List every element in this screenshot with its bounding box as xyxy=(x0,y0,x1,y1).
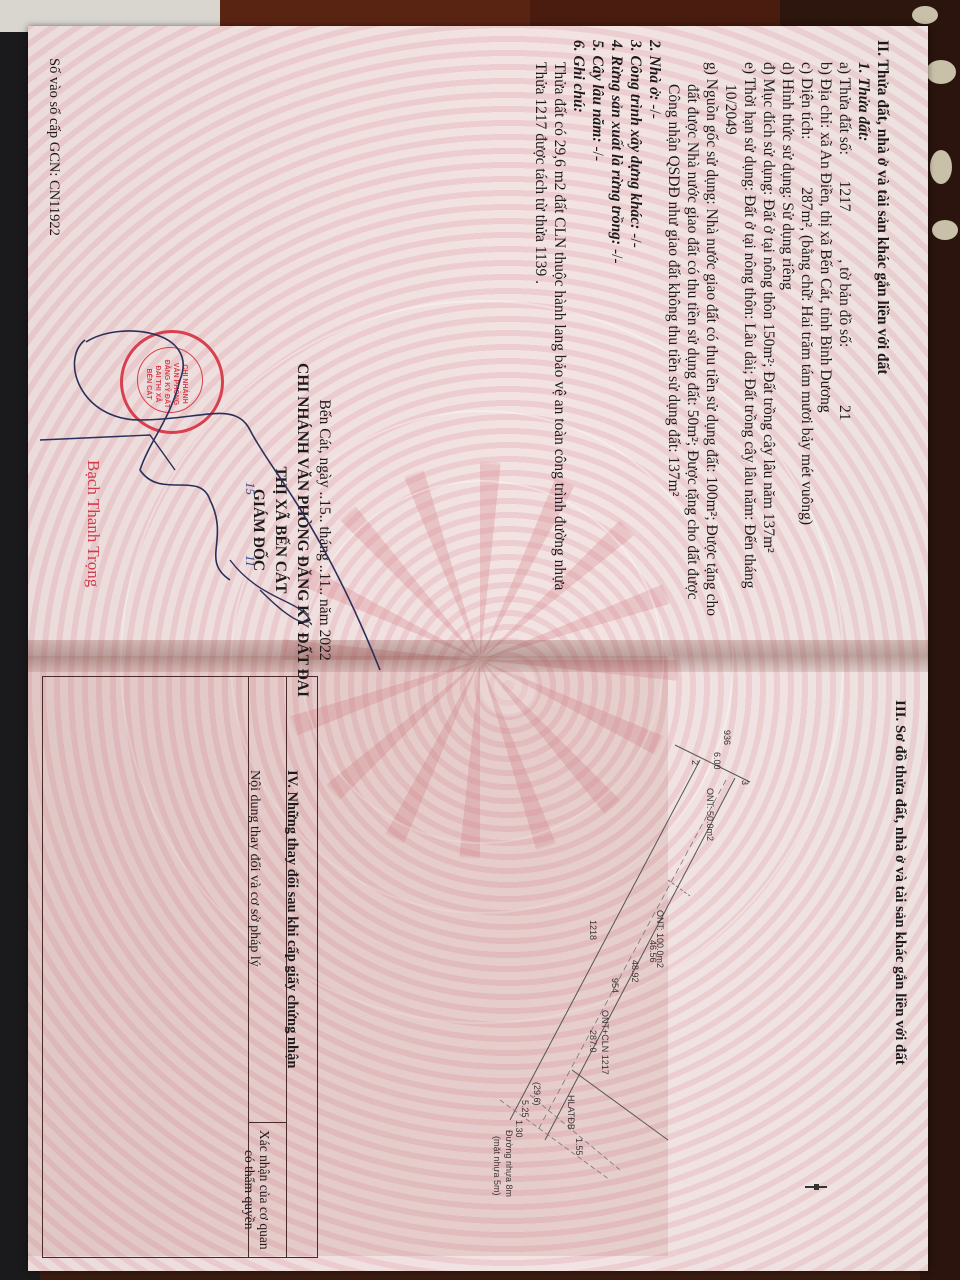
point-2: 2 xyxy=(690,760,700,765)
neighbor-954: 954 xyxy=(610,978,620,993)
address-line: b) Địa chỉ: xã An Điền, thị xã Bến Cát, … xyxy=(816,40,835,616)
use-term-cont: 10/2049 xyxy=(721,40,740,616)
map-sheet-label: , tờ bản đồ số: xyxy=(836,259,853,347)
dim-1-55: 1.55 xyxy=(574,1138,584,1156)
side-length-right: 48.92 xyxy=(630,960,640,983)
forest-line: 4. Rừng sản xuất là rừng trồng: -/- xyxy=(607,40,626,616)
road-label: Đường nhựa 8m xyxy=(504,1130,514,1197)
area-line: c) Diện tích: 287m², (bằng chữ: Hai trăm… xyxy=(797,40,816,616)
neighbor-1218: 1218 xyxy=(588,920,598,940)
section-2: II. Thửa đất, nhà ở và tài sản khác gắn … xyxy=(531,40,892,616)
use-purpose-line: đ) Mục đích sử dụng: Đất ở tại nông thôn… xyxy=(759,40,778,616)
other-construction-line: 3. Công trình xây dựng khác: -/- xyxy=(626,40,645,616)
corridor-label: HLATĐB xyxy=(566,1095,576,1130)
width-top: 6.00 xyxy=(712,752,722,770)
authority-column-header: Xác nhận của cơ quan có thẩm quyền xyxy=(242,1130,272,1250)
point-3: 3 xyxy=(740,780,750,785)
origin-line-3: Công nhận QSDĐ như giao đất không thu ti… xyxy=(664,40,683,616)
notes-label: 6. Ghi chú: xyxy=(569,40,588,616)
parcel-area: 287.0 xyxy=(588,1030,598,1053)
origin-line-1: g) Nguồn gốc sử dụng: Nhà nước giao đất … xyxy=(702,40,721,616)
origin-line-2: đất được Nhà nước giao đất có thu tiền s… xyxy=(683,40,702,616)
house-line: 2. Nhà ở: -/- xyxy=(645,40,664,616)
map-sheet-number: 21 xyxy=(836,405,853,421)
north-arrow-icon xyxy=(805,1186,827,1188)
road-sub-label: (mặt nhựa 5m) xyxy=(492,1136,502,1196)
stamp-text: CHI NHÁNH VĂN PHÒNG ĐĂNG KÝ ĐẤT ĐAI THỊ … xyxy=(144,359,189,409)
corridor-area: (29.6) xyxy=(532,1082,542,1106)
area-value: 287m², (bằng chữ: Hai trăm tám mươi bảy … xyxy=(798,187,815,525)
registration-number: Số vào sổ cấp GCN: CN11922 xyxy=(45,58,62,236)
notes-line-1: Thửa đất có 29,6 m2 đất CLN thuộc hành l… xyxy=(550,40,569,616)
dim-1-30: 1.30 xyxy=(514,1120,524,1138)
perennial-line: 5. Cây lâu năm: -/- xyxy=(588,40,607,616)
dim-5-25: 5.25 xyxy=(520,1100,530,1118)
section-3-title: III. Sơ đồ thửa đất, nhà ở và tài sản kh… xyxy=(891,700,908,1065)
parcel-drawing xyxy=(500,700,760,1180)
side-length-left: 46.56 xyxy=(648,940,658,963)
area-label: c) Diện tích: xyxy=(798,62,815,139)
section-2-title: II. Thửa đất, nhà ở và tài sản khác gắn … xyxy=(873,40,892,616)
use-form-line: d) Hình thức sử dụng: Sử dụng riêng xyxy=(778,40,797,616)
changes-column-header: Nội dung thay đổi và cơ sở pháp lý xyxy=(246,770,262,967)
land-heading: 1. Thửa đất: xyxy=(854,40,873,616)
official-stamp: CHI NHÁNH VĂN PHÒNG ĐĂNG KÝ ĐẤT ĐAI THỊ … xyxy=(120,330,224,434)
changes-table xyxy=(42,676,318,1258)
section-4-title: IV. Những thay đổi sau khi cấp giấy chứn… xyxy=(283,770,300,1068)
notes-line-2: Thửa 1217 được tách từ thửa 1139 . xyxy=(531,40,550,616)
parcel-label: a) Thửa đất số: xyxy=(836,62,853,155)
parcel-label: ONT+CLN 1217 xyxy=(600,1010,610,1075)
page-fold xyxy=(28,640,928,672)
parcel-number: 1217 xyxy=(836,181,853,212)
parcel-line: a) Thửa đất số: 1217 , tờ bản đồ số: 21 xyxy=(835,40,854,616)
neighbor-936: 936 xyxy=(722,730,732,745)
parcel-diagram: 936 2 3 6.00 ONT: 50.0m2 ONT: 100.0m2 95… xyxy=(500,700,760,1180)
signer-name: Bạch Thanh Trọng xyxy=(83,460,103,587)
use-term-line: e) Thời hạn sử dụng: Đất ở tại nông thôn… xyxy=(740,40,759,616)
zone-ont-50: ONT: 50.0m2 xyxy=(705,788,715,841)
